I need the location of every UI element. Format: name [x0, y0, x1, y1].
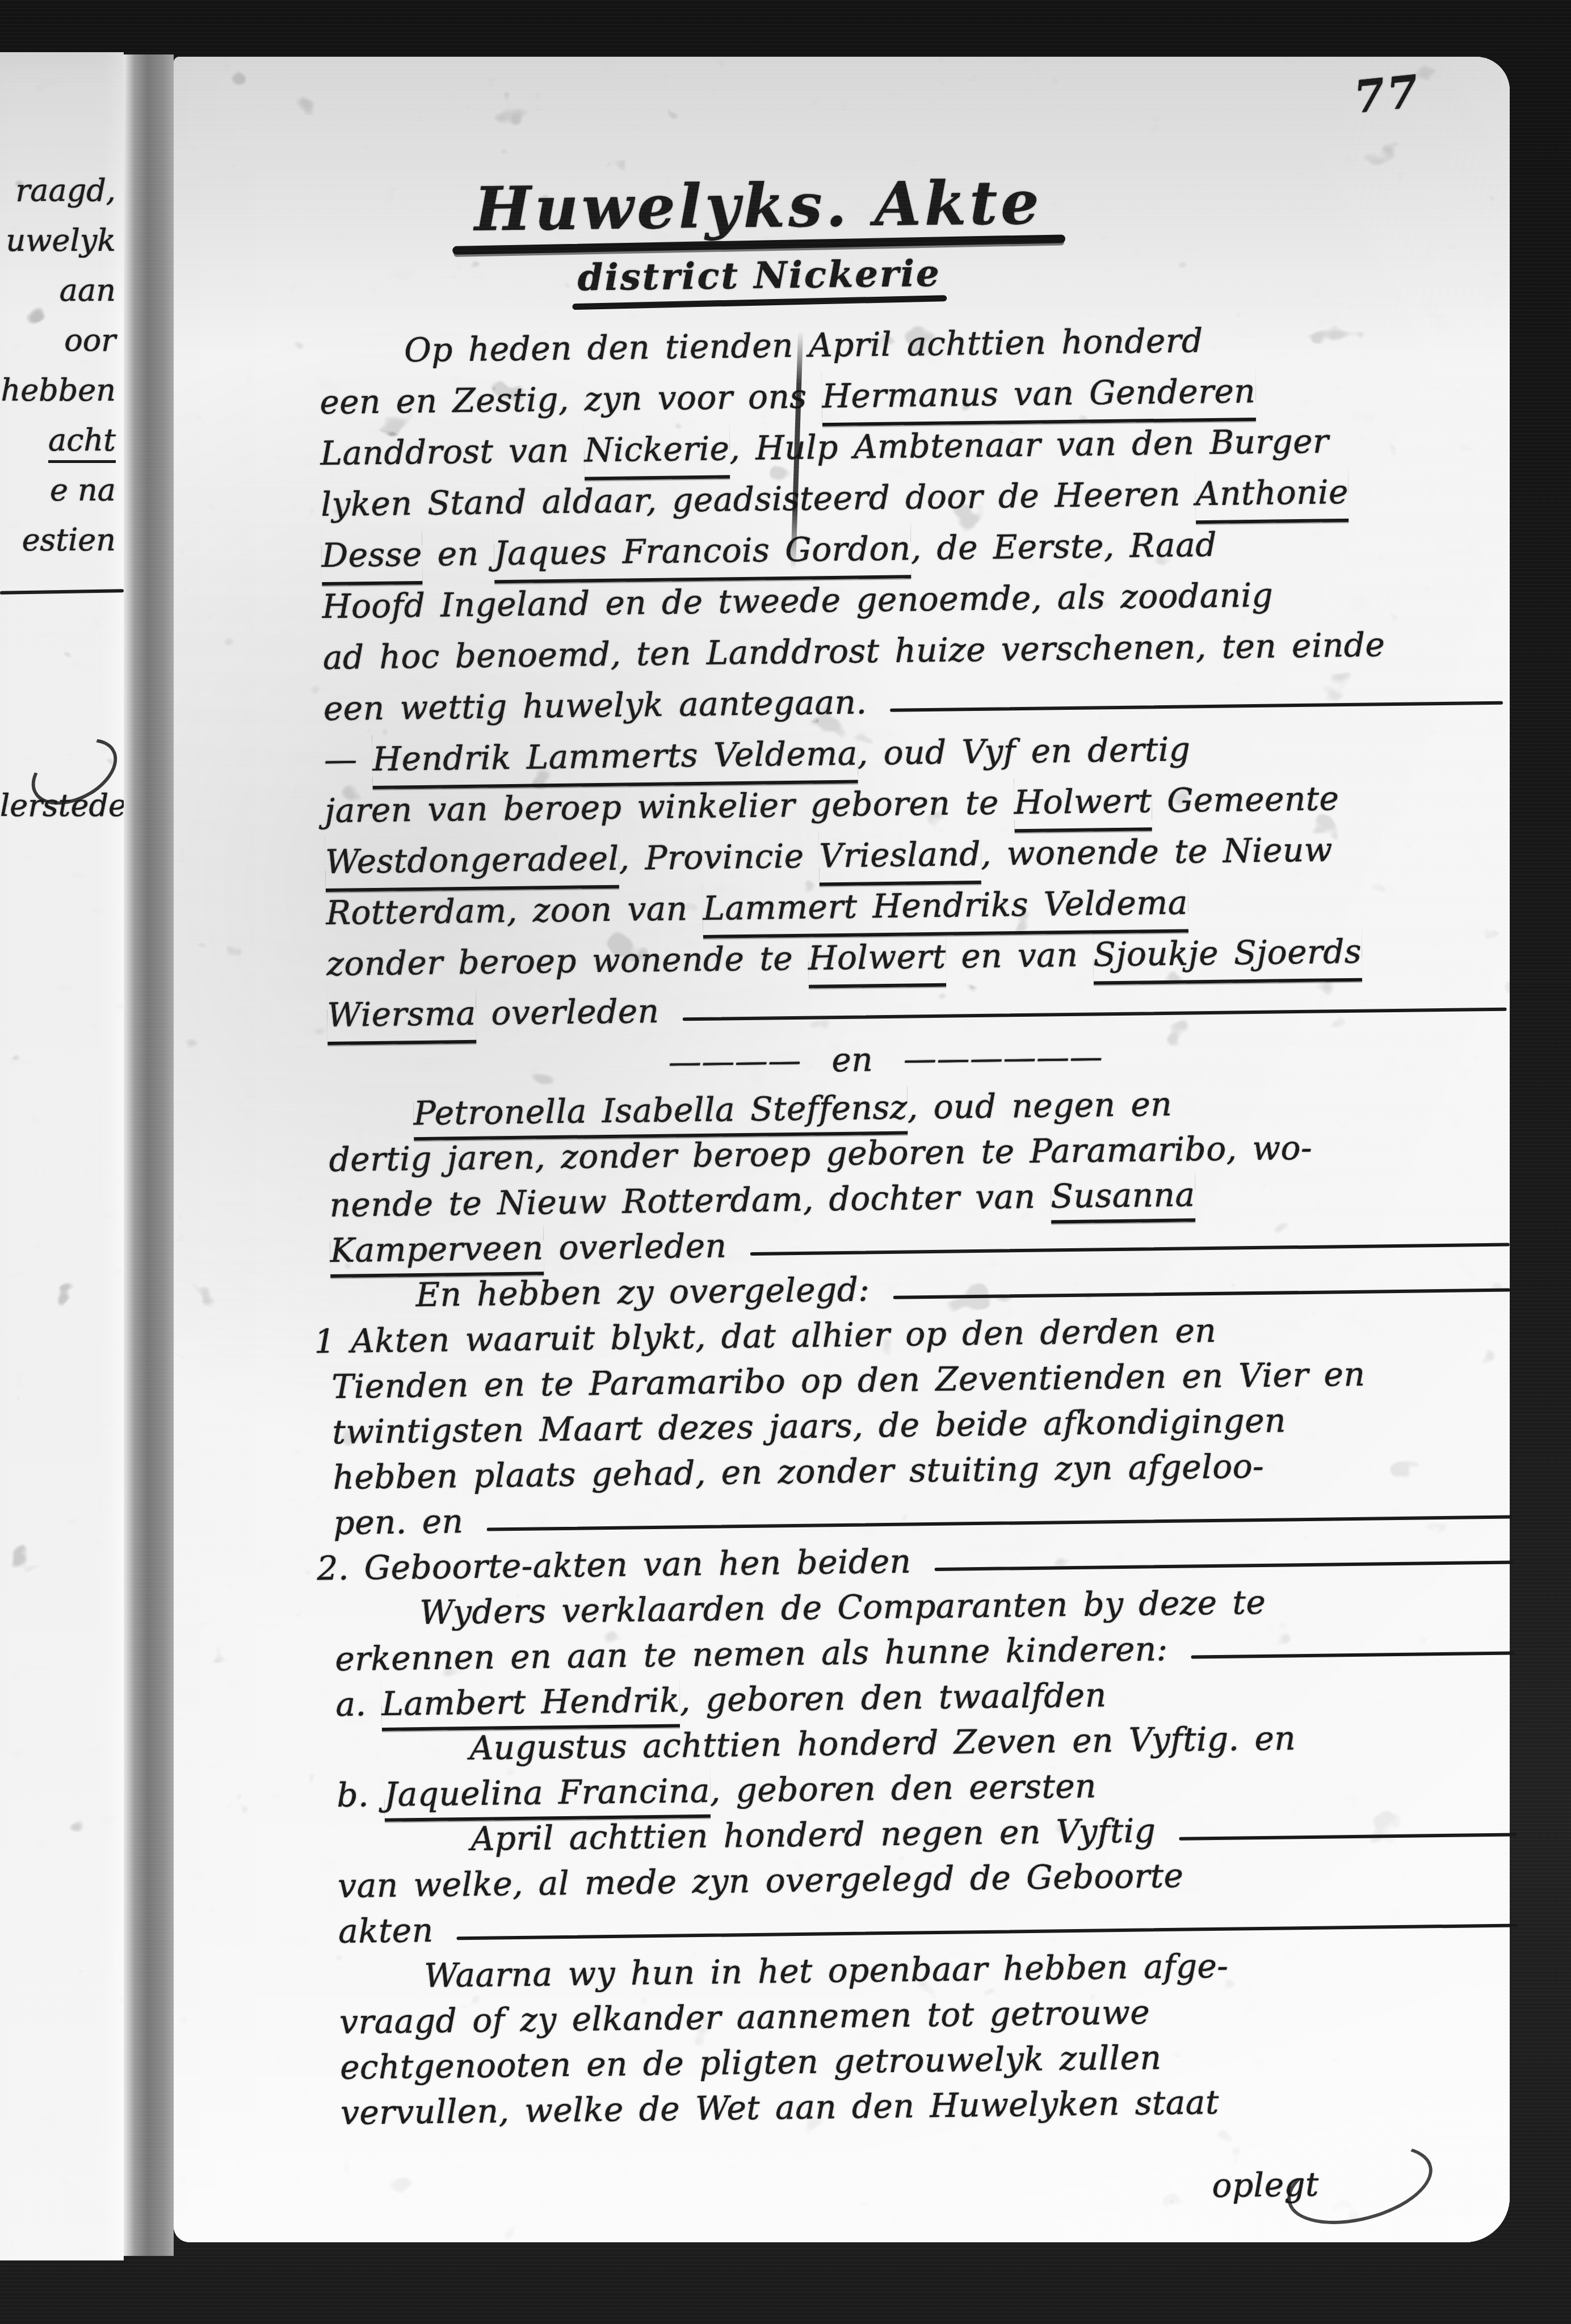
handwritten-segment: en [831, 1034, 873, 1085]
handwritten-segment: overleden [476, 985, 675, 1038]
handwritten-segment: nende te Nieuw Rotterdam, dochter van [329, 1173, 1051, 1228]
left-page-fragment: estien [0, 515, 124, 565]
handwritten-segment: , de Eerste, Raad [910, 519, 1217, 574]
document-header: Huwelyks. Akte district Nickerie [90, 165, 1428, 313]
left-page-fragment-text: hebben [1, 372, 116, 408]
filler-rule [890, 701, 1503, 711]
handwritten-segment: 2. Geboorte-akten van hen beiden [317, 1538, 927, 1591]
handwritten-segment: , oud negen en [907, 1081, 1172, 1130]
document-body-lines: Op heden den tienden April achttien hond… [177, 311, 1536, 2183]
document-title: Huwelyks. Akte [474, 170, 1043, 243]
film-background: raagd,uwelykaanoorhebbenachte naestienle… [0, 0, 1571, 2324]
underlined-name: Holwert [1014, 775, 1152, 832]
left-page-fragment-text: acht [48, 422, 116, 463]
underlined-name: Kamperveen [330, 1225, 544, 1278]
handwritten-segment: een en Zestig, zyn voor ons [320, 371, 822, 428]
underlined-name: Susanna [1051, 1172, 1195, 1223]
page-gutter-shadow [124, 54, 174, 2256]
handwritten-segment: April achttien honderd negen en Vyftig [471, 1808, 1171, 1862]
handwritten-segment: Op heden den tienden April achttien hond… [404, 315, 1203, 376]
left-page-fragment-text: e na [50, 472, 116, 508]
handwritten-segment: , wonende te Nieuw [980, 824, 1333, 879]
left-page-fragment: hebben [0, 365, 124, 415]
left-page-rule [0, 589, 124, 595]
handwritten-segment: en [422, 528, 494, 580]
handwritten-segment: , geboren den eersten [709, 1763, 1097, 1813]
underlined-name: Anthonie [1195, 466, 1349, 524]
left-page-fragment: e na [0, 465, 124, 515]
handwritten-segment: b. [337, 1771, 384, 1817]
filler-rule [750, 1243, 1509, 1255]
underlined-name: Sjoukje Sjoerds [1093, 925, 1362, 984]
register-page: 77 Huwelyks. Akte district Nickerie Op h… [174, 57, 1510, 2242]
underlined-name: Westdongeradeel [325, 832, 619, 891]
filler-rule [486, 1515, 1513, 1531]
handwritten-segment: , Hulp Ambtenaar van den Burger [729, 415, 1329, 474]
handwritten-segment: En hebben zy overgelegd: [415, 1266, 885, 1317]
handwritten-segment: overleden [543, 1223, 742, 1270]
handwritten-segment: en van [946, 929, 1094, 982]
handwritten-segment: jaren van beroep winkelier geboren te [325, 777, 1015, 836]
underlined-name: Vriesland [819, 828, 981, 886]
handwritten-segment: akten [338, 1907, 449, 1953]
handwritten-segment: , oud Vyf en dertig [857, 723, 1191, 778]
handwritten-segment: , Provincie [619, 830, 820, 883]
underlined-name: Wiersma [327, 987, 476, 1045]
handwritten-segment: —————— [873, 1031, 1103, 1085]
left-page-fragment: acht [0, 415, 124, 465]
filler-rule [1179, 1833, 1517, 1840]
filler-rule [683, 1007, 1507, 1021]
left-page-fragment-text: oor [64, 322, 116, 358]
handwritten-segment: Landdrost van [320, 424, 585, 479]
page-number: 77 [1352, 65, 1423, 123]
underlined-name: Nickerie [584, 423, 730, 480]
handwritten-segment: ———— [668, 1034, 832, 1088]
left-page-fragment: oor [0, 315, 124, 365]
handwritten-segment: , geboren den twaalfden [679, 1672, 1107, 1723]
handwritten-segment: — [324, 734, 373, 785]
handwritten-segment: zonder beroep wonende te [326, 932, 809, 989]
handwritten-segment: Rotterdam, zoon van [326, 882, 703, 938]
handwritten-segment: a. [335, 1681, 382, 1727]
filler-rule [934, 1560, 1513, 1571]
filler-rule [893, 1288, 1510, 1299]
handwritten-segment: Gemeente [1152, 773, 1339, 826]
underlined-name: Holwert [808, 931, 946, 988]
filler-rule [1191, 1651, 1515, 1658]
left-page-edge: raagd,uwelykaanoorhebbenachte naestienle… [0, 52, 124, 2260]
filler-rule [457, 1923, 1518, 1940]
document-subtitle: district Nickerie [577, 252, 941, 299]
handwritten-segment: een wettig huwelyk aantegaan. [323, 676, 882, 734]
pen-flourish [1279, 2131, 1441, 2238]
left-page-fragment-text: estien [22, 522, 116, 558]
underlined-name: Desse [321, 528, 422, 585]
handwritten-segment: pen. en [333, 1498, 479, 1545]
